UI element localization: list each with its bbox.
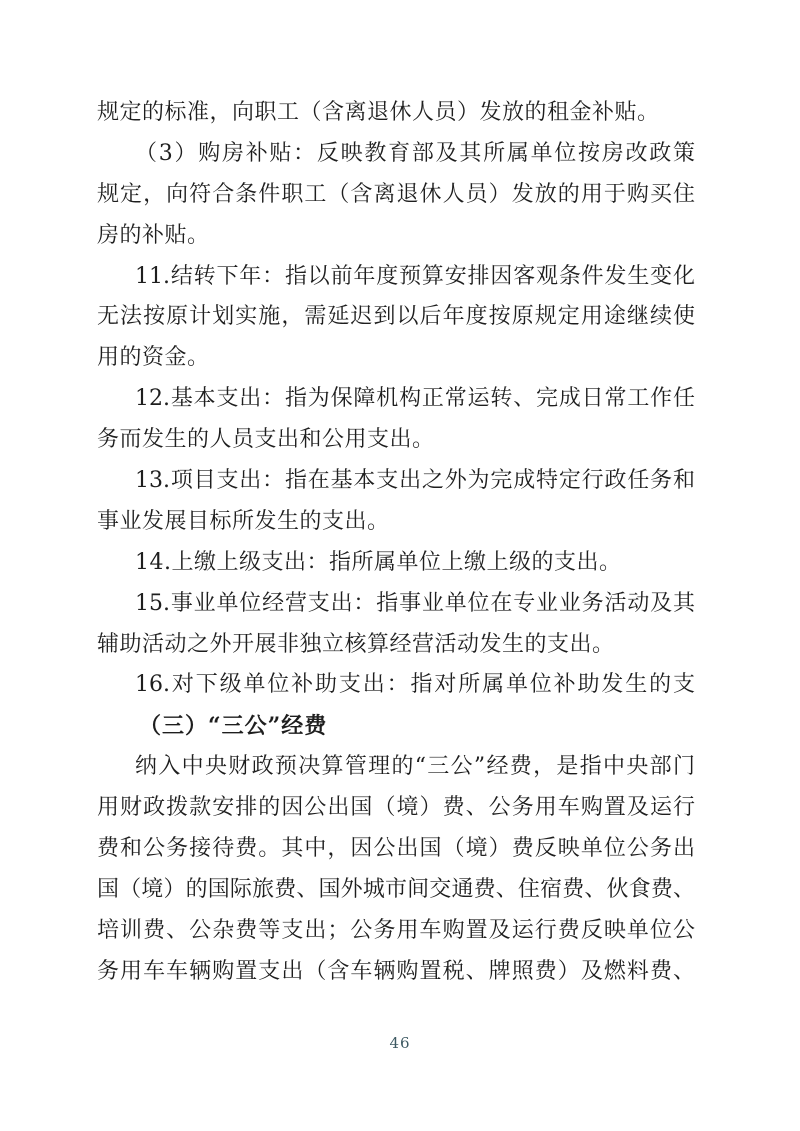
text-line: 无法按原计划实施，需延迟到以后年度按原规定用途继续使 [97, 297, 695, 338]
text-line: 事业发展目标所发生的支出。 [97, 502, 695, 543]
text-line: 11.结转下年：指以前年度预算安排因客观条件发生变化 [97, 257, 695, 298]
text-line: 纳入中央财政预决算管理的“三公”经费，是指中央部门 [97, 747, 695, 788]
text-line: 规定，向符合条件职工（含离退休人员）发放的用于购买住 [97, 175, 695, 216]
text-line: 务而发生的人员支出和公用支出。 [97, 420, 695, 461]
text-line: 规定的标准，向职工（含离退休人员）发放的租金补贴。 [97, 93, 695, 134]
text-line: （3）购房补贴：反映教育部及其所属单位按房改政策 [97, 134, 695, 175]
document-body: 规定的标准，向职工（含离退休人员）发放的租金补贴。 （3）购房补贴：反映教育部及… [97, 93, 695, 993]
text-line: 16.对下级单位补助支出：指对所属单位补助发生的支出。 [97, 665, 695, 706]
text-line: 14.上缴上级支出：指所属单位上缴上级的支出。 [97, 543, 695, 584]
text-line: 12.基本支出：指为保障机构正常运转、完成日常工作任 [97, 379, 695, 420]
text-line: 国（境）的国际旅费、国外城市间交通费、住宿费、伙食费、 [97, 870, 695, 911]
page-number: 46 [0, 1033, 800, 1053]
text-line: 务用车车辆购置支出（含车辆购置税、牌照费）及燃料费、 [97, 952, 695, 993]
text-line: 用的资金。 [97, 338, 695, 379]
text-line: 辅助活动之外开展非独立核算经营活动发生的支出。 [97, 625, 695, 666]
text-line: 15.事业单位经营支出：指事业单位在专业业务活动及其 [97, 584, 695, 625]
text-line: 用财政拨款安排的因公出国（境）费、公务用车购置及运行 [97, 788, 695, 829]
document-page: 规定的标准，向职工（含离退休人员）发放的租金补贴。 （3）购房补贴：反映教育部及… [0, 0, 800, 1131]
text-line: 培训费、公杂费等支出；公务用车购置及运行费反映单位公 [97, 911, 695, 952]
section-heading: （三）“三公”经费 [97, 706, 695, 747]
text-line: 13.项目支出：指在基本支出之外为完成特定行政任务和 [97, 461, 695, 502]
text-line: 费和公务接待费。其中，因公出国（境）费反映单位公务出 [97, 829, 695, 870]
text-line: 房的补贴。 [97, 216, 695, 257]
